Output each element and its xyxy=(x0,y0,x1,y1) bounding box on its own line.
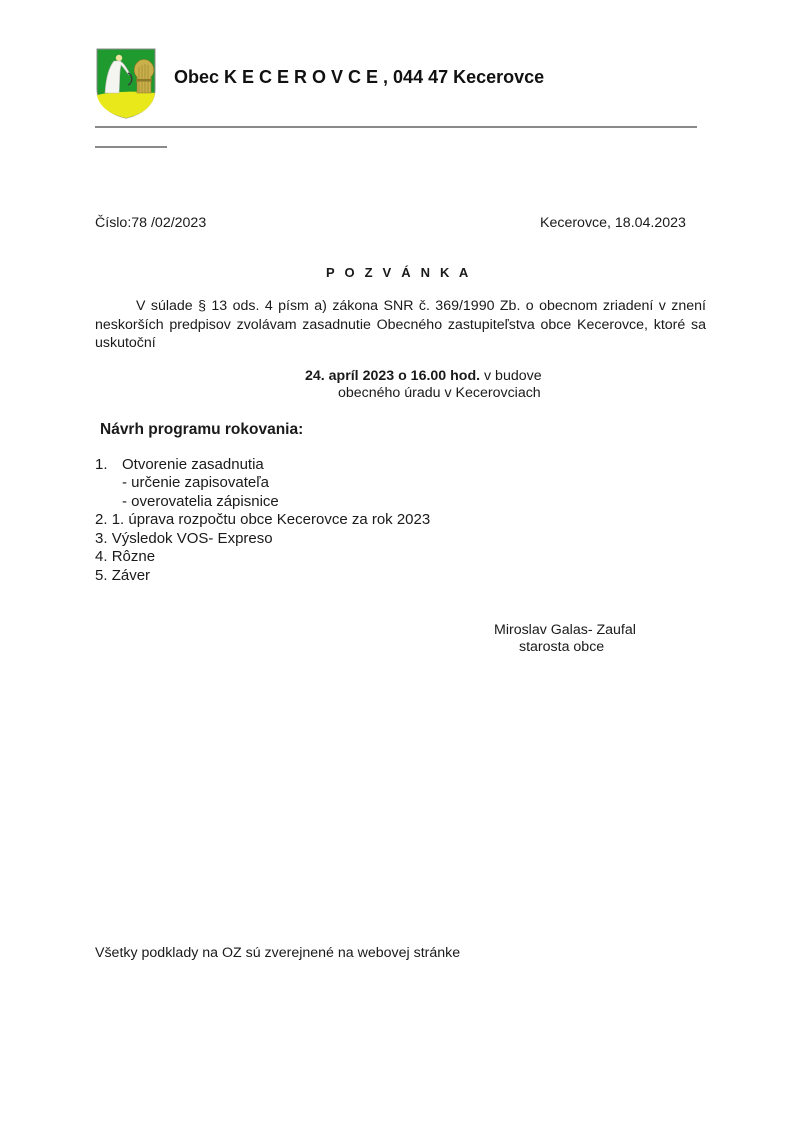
agenda-subitem: - určenie zapisovateľa xyxy=(122,474,269,491)
reference-number: Číslo:78 /02/2023 xyxy=(95,215,206,231)
agenda-subitem: - overovatelia zápisnice xyxy=(122,493,279,510)
header-divider-short xyxy=(95,146,167,148)
header-divider xyxy=(95,126,697,128)
agenda-item: 4. Rôzne xyxy=(95,548,155,565)
agenda-item: 3. Výsledok VOS- Expreso xyxy=(95,530,273,547)
invitation-paragraph: V súlade § 13 ods. 4 písm a) zákona SNR … xyxy=(95,297,706,353)
meeting-date-bold: 24. apríl 2023 o 16.00 hod. xyxy=(305,368,480,384)
agenda-item: 1.Otvorenie zasadnutia xyxy=(95,456,264,473)
meeting-datetime: 24. apríl 2023 o 16.00 hod. v budove xyxy=(305,368,542,384)
agenda-heading: Návrh programu rokovania: xyxy=(100,421,303,439)
municipality-header: Obec K E C E R O V C E , 044 47 Kecerovc… xyxy=(174,67,544,88)
invitation-text: V súlade § 13 ods. 4 písm a) zákona SNR … xyxy=(95,298,706,351)
footer-note: Všetky podklady na OZ sú zverejnené na w… xyxy=(95,945,460,961)
coat-of-arms-icon xyxy=(95,47,157,119)
place-date: Kecerovce, 18.04.2023 xyxy=(540,215,686,231)
agenda-item: 2. 1. úprava rozpočtu obce Kecerovce za … xyxy=(95,511,430,528)
signatory-role: starosta obce xyxy=(519,639,604,655)
signatory-name: Miroslav Galas- Zaufal xyxy=(494,622,636,638)
document-title: P O Z V Á N K A xyxy=(326,265,472,280)
meeting-location-prefix: v budove xyxy=(480,368,542,384)
meeting-location: obecného úradu v Kecerovciach xyxy=(338,385,541,401)
agenda-item: 5. Záver xyxy=(95,567,150,584)
